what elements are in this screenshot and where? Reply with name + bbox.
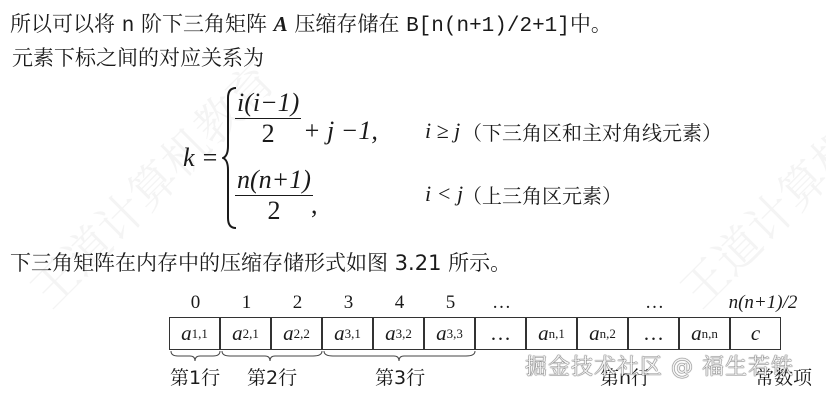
index-label: … (629, 292, 680, 314)
cell-base: a (232, 321, 243, 346)
index-label: … (476, 292, 527, 314)
cell-base: a (334, 321, 345, 346)
row-label: 第2行 (247, 363, 297, 390)
cell-base: a (181, 321, 192, 346)
matrix-a: A (274, 12, 288, 36)
row-label: 第3行 (375, 363, 425, 390)
credit-watermark: 掘金技术社区 @ 福生若铁 (525, 350, 794, 381)
index-label: n(n+1)/2 (718, 292, 808, 314)
cell-base: a (691, 321, 702, 346)
array-cell: a1,1 (169, 317, 220, 350)
array-cell: … (628, 317, 679, 350)
text-fragment: 阶下三角矩阵 (141, 12, 267, 36)
cell-subscript: n,2 (600, 326, 616, 342)
figure-caption-sentence: 下三角矩阵在内存中的压缩存储形式如图 3.21 所示。 (10, 247, 511, 277)
text-fragment: 中。 (570, 12, 612, 36)
cell-base: a (283, 321, 294, 346)
array-cell: an,1 (526, 317, 577, 350)
cell-base: a (538, 321, 549, 346)
cell-base: a (436, 321, 447, 346)
cell-subscript: 3,1 (345, 326, 361, 342)
array-cell: a3,3 (424, 317, 475, 350)
array-declaration: B[n(n+1)/2+1] (406, 15, 570, 38)
array-cell: a3,2 (373, 317, 424, 350)
cell-base: a (385, 321, 396, 346)
index-label: 2 (272, 292, 323, 314)
numerator: i(i−1) (235, 88, 301, 118)
underbrace-icons (170, 350, 490, 364)
index-label: 1 (221, 292, 272, 314)
fraction-case1: i(i−1) 2 (235, 88, 301, 149)
numerator: n(n+1) (235, 165, 313, 195)
case1-note: （下三角区和主对角线元素） (462, 117, 722, 146)
array-cell: a3,1 (322, 317, 373, 350)
watermark-text: 王道计算机教育 (664, 46, 826, 320)
ellipsis: … (643, 321, 664, 346)
cell-subscript: 2,1 (243, 326, 259, 342)
cell-subscript: n,n (702, 326, 718, 342)
case1-condition: i ≥ j (425, 118, 460, 144)
cell-subscript: 1,1 (192, 326, 208, 342)
relation-intro: 元素下标之间的对应关系为 (12, 42, 264, 72)
array-cell: a2,1 (220, 317, 271, 350)
cell-subscript: 3,3 (447, 326, 463, 342)
text-fragment: 所以可以将 (10, 12, 115, 36)
array-cell: c (730, 317, 781, 350)
cell-subscript: 2,2 (294, 326, 310, 342)
case2-note: （上三角区元素） (462, 180, 622, 209)
index-label: 5 (425, 292, 476, 314)
index-label: 0 (170, 292, 221, 314)
index-label: 3 (323, 292, 374, 314)
case2-condition: i < j (425, 181, 463, 207)
denominator: 2 (235, 196, 313, 226)
index-label: 4 (374, 292, 425, 314)
cell-base: a (589, 321, 600, 346)
cell-subscript: n,1 (549, 326, 565, 342)
row-label: 第1行 (170, 363, 220, 390)
array-cell: … (475, 317, 526, 350)
ellipsis: … (490, 321, 511, 346)
variable-n: n (122, 15, 135, 38)
cell-base: c (751, 321, 760, 346)
intro-sentence: 所以可以将 n 阶下三角矩阵 A 压缩存储在 B[n(n+1)/2+1]中。 (10, 8, 612, 38)
array-cell: an,2 (577, 317, 628, 350)
case2-tail: , (311, 190, 318, 220)
formula-lhs: k = (183, 143, 219, 173)
array-cell: a2,2 (271, 317, 322, 350)
fraction-case2: n(n+1) 2 (235, 165, 313, 226)
cell-subscript: 3,2 (396, 326, 412, 342)
text-fragment: 压缩存储在 (294, 12, 399, 36)
denominator: 2 (235, 119, 301, 149)
array-cell: an,n (679, 317, 730, 350)
case1-tail: + j −1, (303, 116, 378, 146)
